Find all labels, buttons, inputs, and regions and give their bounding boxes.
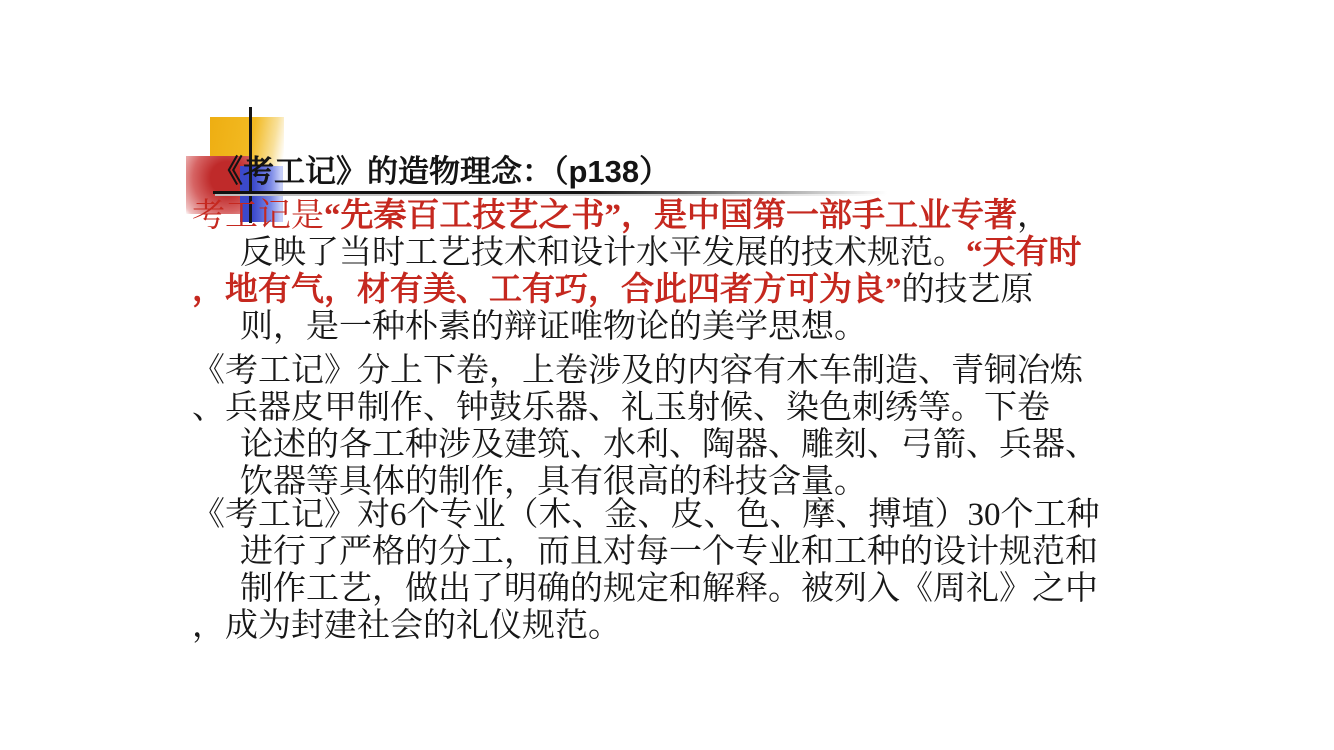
body-text: 则，是一种朴素的辩证唯物论的美学思想。 [240,309,867,345]
body-text: 制作工艺，做出了明确的规定和解释。被列入《周礼》之中 [240,571,1098,607]
emphasis-text: 考工记是 [192,198,324,234]
paragraph-professions: 《考工记》对6个专业（木、金、皮、色、摩、搏埴）30个工种进行了严格的分工，而且… [0,497,1334,645]
body-text: 《考工记》对6个专业（木、金、皮、色、摩、搏埴）30个工种 [192,497,1100,533]
text-line: 、兵器皮甲制作、钟鼓乐器、礼玉射候、染色刺绣等。下卷 [192,390,1334,427]
text-line: 论述的各工种涉及建筑、水利、陶器、雕刻、弓箭、兵器、 [240,427,1334,464]
text-line: 《考工记》对6个专业（木、金、皮、色、摩、搏埴）30个工种 [192,497,1334,534]
text-line: 《考工记》分上下卷，上卷涉及的内容有木车制造、青铜冶炼 [192,353,1334,390]
title-underline-light [215,194,887,196]
text-line: 制作工艺，做出了明确的规定和解释。被列入《周礼》之中 [240,571,1334,608]
body-text: 论述的各工种涉及建筑、水利、陶器、雕刻、弓箭、兵器、 [240,427,1098,463]
text-line: ，地有气，材有美、工有巧，合此四者方可为良”的技艺原 [192,272,1334,309]
emphasis-text: “天有时 [966,235,1082,271]
emphasis-text: “先秦百工技艺之书”，是中国第一部手工业专著 [324,198,1017,234]
text-line: 则，是一种朴素的辩证唯物论的美学思想。 [240,309,1334,346]
paragraph-kaogongji-intro: 考工记是“先秦百工技艺之书”，是中国第一部手工业专著，反映了当时工艺技术和设计水… [0,198,1334,346]
body-text: 饮器等具体的制作，具有很高的科技含量。 [240,464,867,500]
body-text: 进行了严格的分工，而且对每一个专业和工种的设计规范和 [240,534,1098,570]
slide-title: 《考工记》的造物理念：（p138） [212,153,670,190]
body-text: 《考工记》分上下卷，上卷涉及的内容有木车制造、青铜冶炼 [192,353,1083,389]
body-text: 、兵器皮甲制作、钟鼓乐器、礼玉射候、染色刺绣等。下卷 [192,390,1050,426]
text-line: ，成为封建社会的礼仪规范。 [192,608,1334,645]
text-line: 反映了当时工艺技术和设计水平发展的技术规范。“天有时 [240,235,1334,272]
text-line: 进行了严格的分工，而且对每一个专业和工种的设计规范和 [240,534,1334,571]
body-text: ，成为封建社会的礼仪规范。 [192,608,621,644]
text-line: 考工记是“先秦百工技艺之书”，是中国第一部手工业专著， [192,198,1334,235]
paragraph-volumes: 《考工记》分上下卷，上卷涉及的内容有木车制造、青铜冶炼、兵器皮甲制作、钟鼓乐器、… [0,353,1334,501]
emphasis-text: ，地有气，材有美、工有巧，合此四者方可为良” [192,272,902,308]
body-text: 的技艺原 [902,272,1034,308]
text-line: 饮器等具体的制作，具有很高的科技含量。 [240,464,1334,501]
presentation-slide: 《考工记》的造物理念：（p138） 考工记是“先秦百工技艺之书”，是中国第一部手… [0,0,1334,750]
body-text: 反映了当时工艺技术和设计水平发展的技术规范。 [240,235,966,271]
body-text: ， [1017,198,1050,234]
